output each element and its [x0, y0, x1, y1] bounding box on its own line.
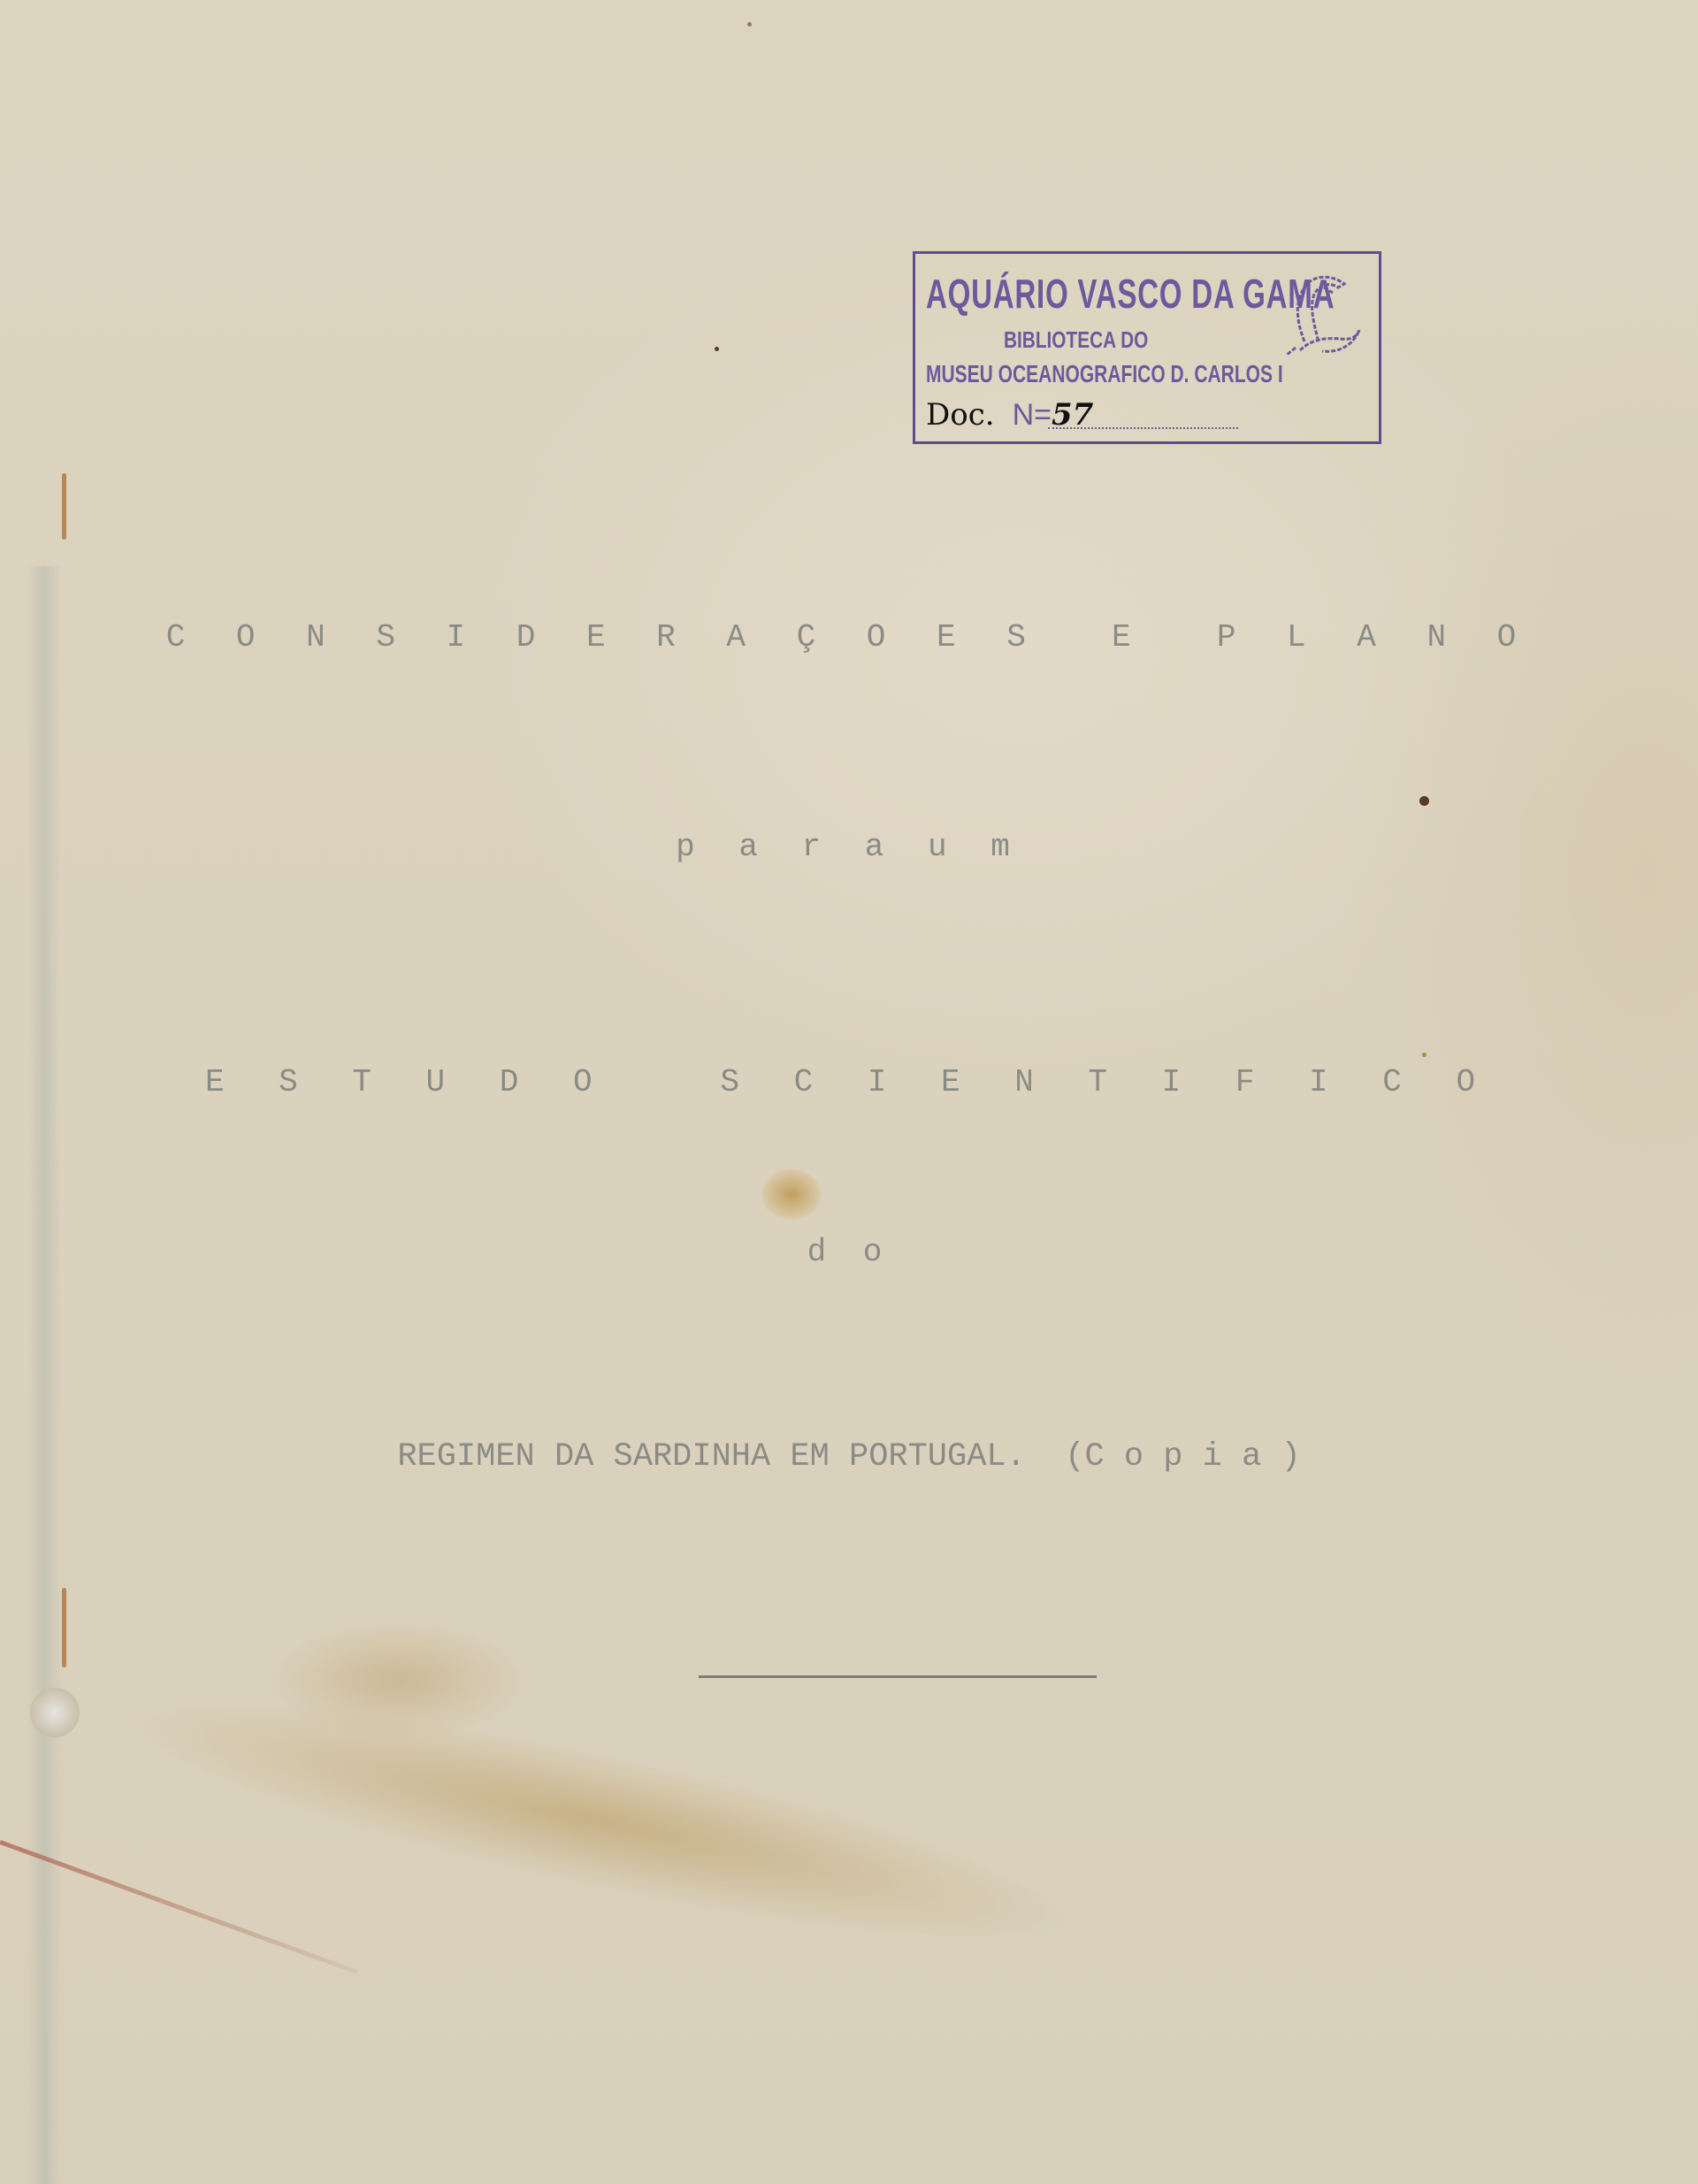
title-line-considerations: C O N S I D E R A Ç O E S E P L A N O [0, 619, 1698, 655]
staple-rust-mark [62, 473, 66, 540]
stain-spot [761, 1168, 822, 1221]
stamp-dotted-line [1048, 427, 1238, 429]
staple-rust-mark [62, 1588, 66, 1667]
dolphin-icon [1269, 266, 1366, 364]
water-stain [91, 1647, 1106, 1996]
binding-edge [27, 566, 62, 2184]
title-line-regimen: REGIMEN DA SARDINHA EM PORTUGAL. (C o p … [0, 1438, 1698, 1475]
punch-hole [30, 1688, 80, 1737]
ink-spot [747, 22, 752, 27]
stamp-number-label: N= [1013, 398, 1052, 432]
title-line-paraum: p a r a u m [0, 829, 1698, 865]
typed-underline-rule [699, 1675, 1097, 1678]
ink-spot [715, 347, 719, 351]
ink-spot [1422, 1053, 1426, 1057]
ink-spot [1419, 796, 1429, 806]
title-line-do: d o [0, 1234, 1698, 1270]
stamp-doc-label: Doc. [926, 397, 995, 433]
title-line-estudo-scientifico: E S T U D O S C I E N T I F I C O [0, 1064, 1698, 1100]
library-stamp: AQUÁRIO VASCO DA GAMA BIBLIOTECA DO MUSE… [913, 251, 1381, 444]
stamp-museum-line: MUSEU OCEANOGRAFICO D. CARLOS I [926, 360, 1283, 388]
stamp-library-line: BIBLIOTECA DO [1004, 326, 1148, 354]
